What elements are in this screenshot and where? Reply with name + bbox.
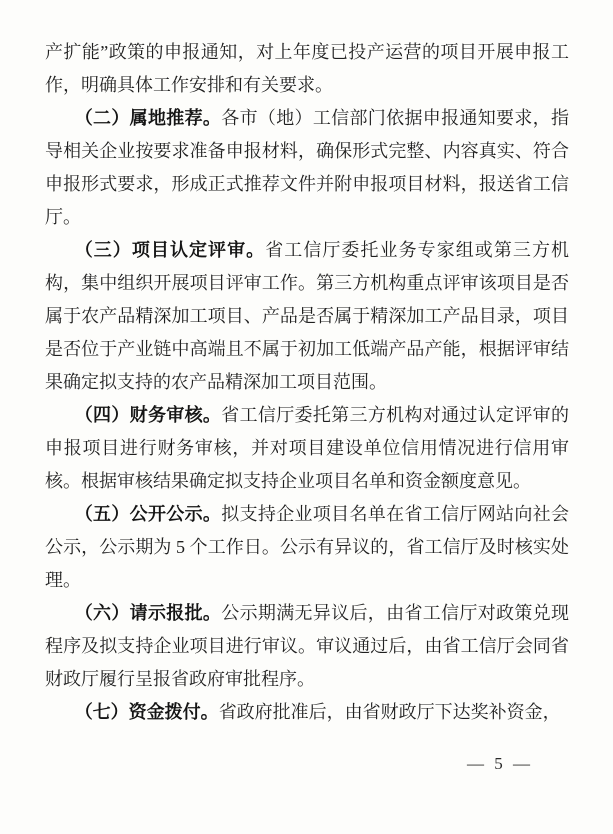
paragraph: （三）项目认定评审。省工信厅委托业务专家组或第三方机构，集中组织开展项目评审工作…	[45, 234, 569, 399]
paragraph: （五）公开公示。拟支持企业项目名单在省工信厅网站向社会公示，公示期为 5 个工作…	[45, 498, 569, 597]
paragraph: 产扩能”政策的申报通知，对上年度已投产运营的项目开展申报工作，明确具体工作安排和…	[45, 36, 569, 102]
paragraph-heading: （六）请示报批。	[75, 603, 222, 623]
paragraph-text: 省工信厅委托业务专家组或第三方机构，集中组织开展项目评审工作。第三方机构重点评审…	[45, 240, 569, 392]
paragraph-text: 产扩能”政策的申报通知，对上年度已投产运营的项目开展申报工作，明确具体工作安排和…	[45, 42, 569, 95]
paragraph: （六）请示报批。公示期满无异议后，由省工信厅对政策兑现程序及拟支持企业项目进行审…	[45, 597, 569, 696]
paragraph: （七）资金拨付。省政府批准后，由省财政厅下达奖补资金，	[45, 696, 569, 729]
paragraph-text: 省政府批准后，由省财政厅下达奖补资金，	[219, 702, 561, 722]
page-number: — 5 —	[467, 754, 533, 774]
paragraph-heading: （二）属地推荐。	[75, 108, 222, 128]
paragraph-heading: （五）公开公示。	[75, 504, 222, 524]
paragraph: （二）属地推荐。各市（地）工信部门依据申报通知要求，指导相关企业按要求准备申报材…	[45, 102, 569, 234]
document-body: 产扩能”政策的申报通知，对上年度已投产运营的项目开展申报工作，明确具体工作安排和…	[45, 36, 569, 729]
paragraph-heading: （四）财务审核。	[75, 405, 222, 425]
paragraph: （四）财务审核。省工信厅委托第三方机构对通过认定评审的申报项目进行财务审核，并对…	[45, 399, 569, 498]
document-page: 产扩能”政策的申报通知，对上年度已投产运营的项目开展申报工作，明确具体工作安排和…	[0, 0, 613, 834]
paragraph-heading: （三）项目认定评审。	[75, 240, 266, 260]
paragraph-heading: （七）资金拨付。	[75, 702, 219, 722]
